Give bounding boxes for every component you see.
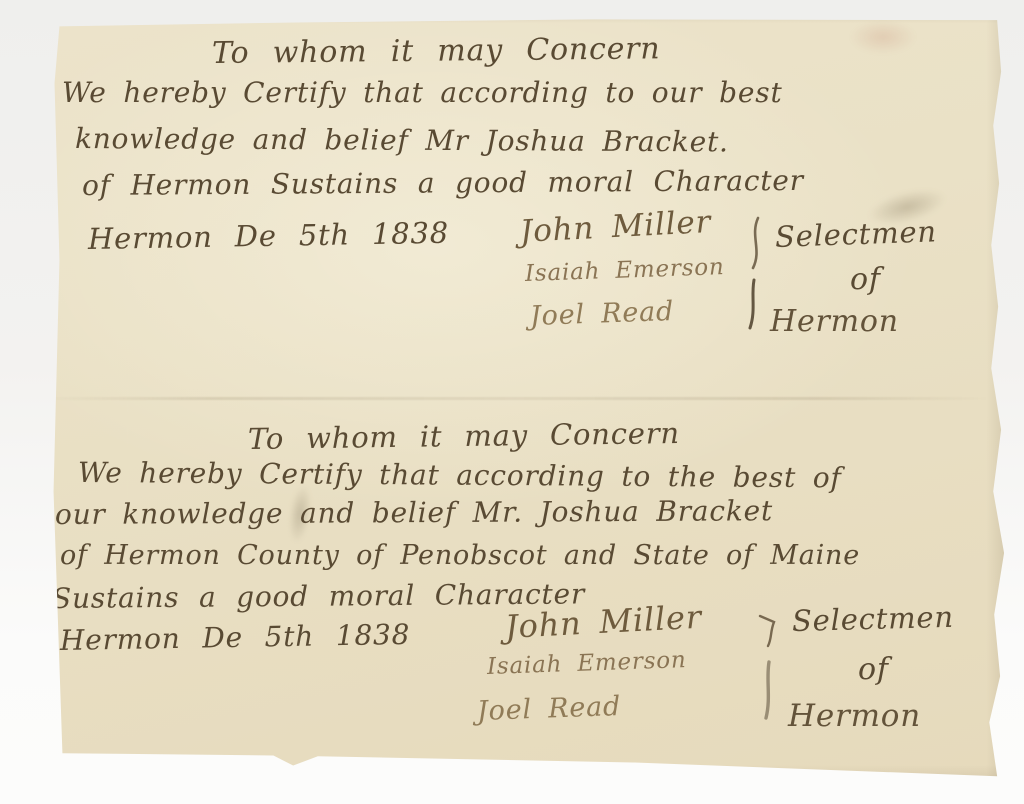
certificate-heading: To whom it may Concern [248, 416, 680, 456]
place-date-line: Hermon De 5th 1838 [60, 618, 411, 657]
attestation-role: Selectmen [792, 600, 955, 638]
certificate-body-line: of Hermon Sustains a good moral Characte… [82, 164, 804, 202]
certificate-body-line: knowledge and belief Mr Joshua Bracket. [75, 122, 729, 158]
certificate-body-line: We hereby Certify that according to our … [62, 76, 783, 109]
attestation-town: Hermon [770, 304, 899, 339]
scan-background: To whom it may Concern We hereby Certify… [0, 0, 1024, 804]
certificate-body-line: We hereby Certify that according to the … [78, 456, 842, 494]
attestation-of: of [858, 652, 889, 687]
paper-stain-top-right [850, 20, 916, 54]
attestation-role: Selectmen [774, 214, 937, 254]
signature-joel-read: Joel Read [529, 296, 674, 332]
signature-joel-read: Joel Read [476, 691, 621, 727]
signature-isaiah-emerson: Isaiah Emerson [487, 647, 687, 680]
attestation-of: of [850, 262, 881, 297]
certificate-heading: To whom it may Concern [212, 31, 661, 71]
certificate-body-line: of Hermon County of Penobscot and State … [60, 540, 860, 571]
document-paper: To whom it may Concern We hereby Certify… [22, 14, 1008, 784]
attestation-town: Hermon [788, 698, 921, 734]
signature-brace-icon [752, 610, 782, 734]
certificate-body-line: our knowledge and belief Mr. Joshua Brac… [55, 494, 773, 531]
fold-crease [42, 397, 989, 400]
signature-john-miller: John Miller [519, 204, 712, 250]
signature-brace-icon [738, 214, 768, 338]
signature-isaiah-emerson: Isaiah Emerson [525, 254, 725, 287]
place-date-line: Hermon De 5th 1838 [88, 216, 450, 256]
